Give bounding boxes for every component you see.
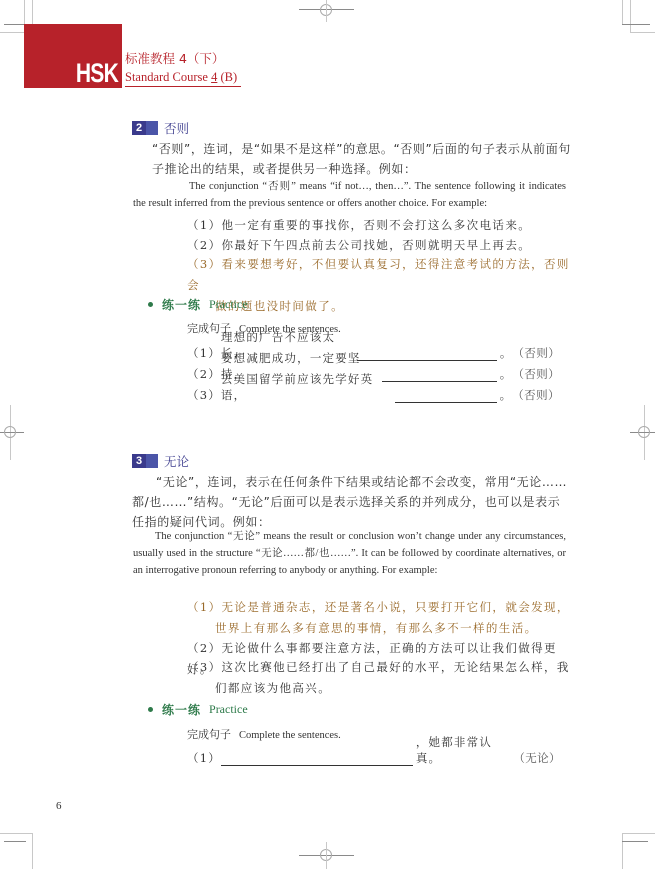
practice-instruction: 完成句子Complete the sentences. bbox=[187, 726, 341, 742]
section-heading: 3 无论 bbox=[132, 453, 189, 469]
bullet-icon bbox=[148, 707, 153, 712]
crop-mark bbox=[630, 32, 655, 33]
book-title-zh: 标准教程 4（下） bbox=[125, 51, 224, 67]
bullet-icon bbox=[148, 302, 153, 307]
section-number-badge: 3 bbox=[132, 454, 158, 468]
hsk-logo-block: HSK bbox=[24, 24, 122, 88]
example-sentence-highlighted: （1）无论是普通杂志，还是著名小说，只要打开它们，就会发现， 世界上有那么多有意… bbox=[187, 597, 582, 639]
crop-mark bbox=[622, 0, 623, 24]
hint-word: （否则） bbox=[512, 387, 559, 403]
registration-circle-icon bbox=[638, 426, 650, 438]
fill-in-item: （1） ，她都非常认真。 （无论） bbox=[187, 746, 559, 766]
registration-mark-top bbox=[326, 0, 327, 22]
section-heading: 2 否则 bbox=[132, 120, 189, 136]
answer-blank[interactable] bbox=[382, 367, 496, 382]
book-title-en: Standard Course 4 (B) bbox=[125, 68, 241, 87]
explanation-zh: “无论”，连词，表示在任何条件下结果或结论都不会改变，常用“无论……都/也……”… bbox=[132, 472, 572, 532]
crop-mark bbox=[622, 24, 650, 25]
crop-mark bbox=[622, 841, 648, 842]
fill-in-item: （3） 去美国留学前应该先学好英语， 。 （否则） bbox=[187, 383, 559, 403]
explanation-en: The conjunction “无论” means the result or… bbox=[133, 528, 566, 579]
explanation-en: The conjunction “否则” means “if not…, the… bbox=[133, 178, 566, 212]
example-sentence: （2）你最好下午四点前去公司找她，否则就明天早上再去。 bbox=[187, 235, 582, 256]
crop-mark bbox=[0, 32, 24, 33]
hint-word: （无论） bbox=[513, 750, 559, 766]
practice-heading: 练一练 Practice bbox=[148, 701, 248, 718]
crop-mark bbox=[630, 0, 631, 32]
hint-word: （否则） bbox=[512, 366, 559, 382]
hsk-logo: HSK bbox=[76, 60, 118, 87]
crop-mark bbox=[32, 833, 33, 869]
page-number: 6 bbox=[56, 800, 62, 812]
crop-mark bbox=[622, 833, 655, 834]
registration-circle-icon bbox=[4, 426, 16, 438]
crop-mark bbox=[0, 833, 32, 834]
crop-mark bbox=[4, 841, 26, 842]
section-title: 否则 bbox=[164, 119, 189, 137]
crop-mark bbox=[4, 24, 24, 25]
registration-mark-bottom bbox=[326, 842, 327, 869]
section-number-badge: 2 bbox=[132, 121, 158, 135]
practice-heading: 练一练 Practice bbox=[148, 296, 248, 313]
answer-blank[interactable] bbox=[221, 751, 413, 766]
explanation-zh: “否则”，连词，是“如果不是这样”的意思。“否则”后面的句子表示从前面句子推论出… bbox=[152, 139, 580, 179]
hint-word: （否则） bbox=[513, 345, 559, 361]
example-sentence: （3）这次比赛他已经打出了自己最好的水平，无论结果怎么样，我 们都应该为他高兴。 bbox=[187, 657, 582, 699]
answer-blank[interactable] bbox=[395, 388, 496, 403]
crop-mark bbox=[24, 0, 25, 24]
section-title: 无论 bbox=[164, 452, 189, 470]
crop-mark bbox=[622, 833, 623, 869]
example-sentence: （1）他一定有重要的事找你，否则不会打这么多次电话来。 bbox=[187, 215, 582, 236]
